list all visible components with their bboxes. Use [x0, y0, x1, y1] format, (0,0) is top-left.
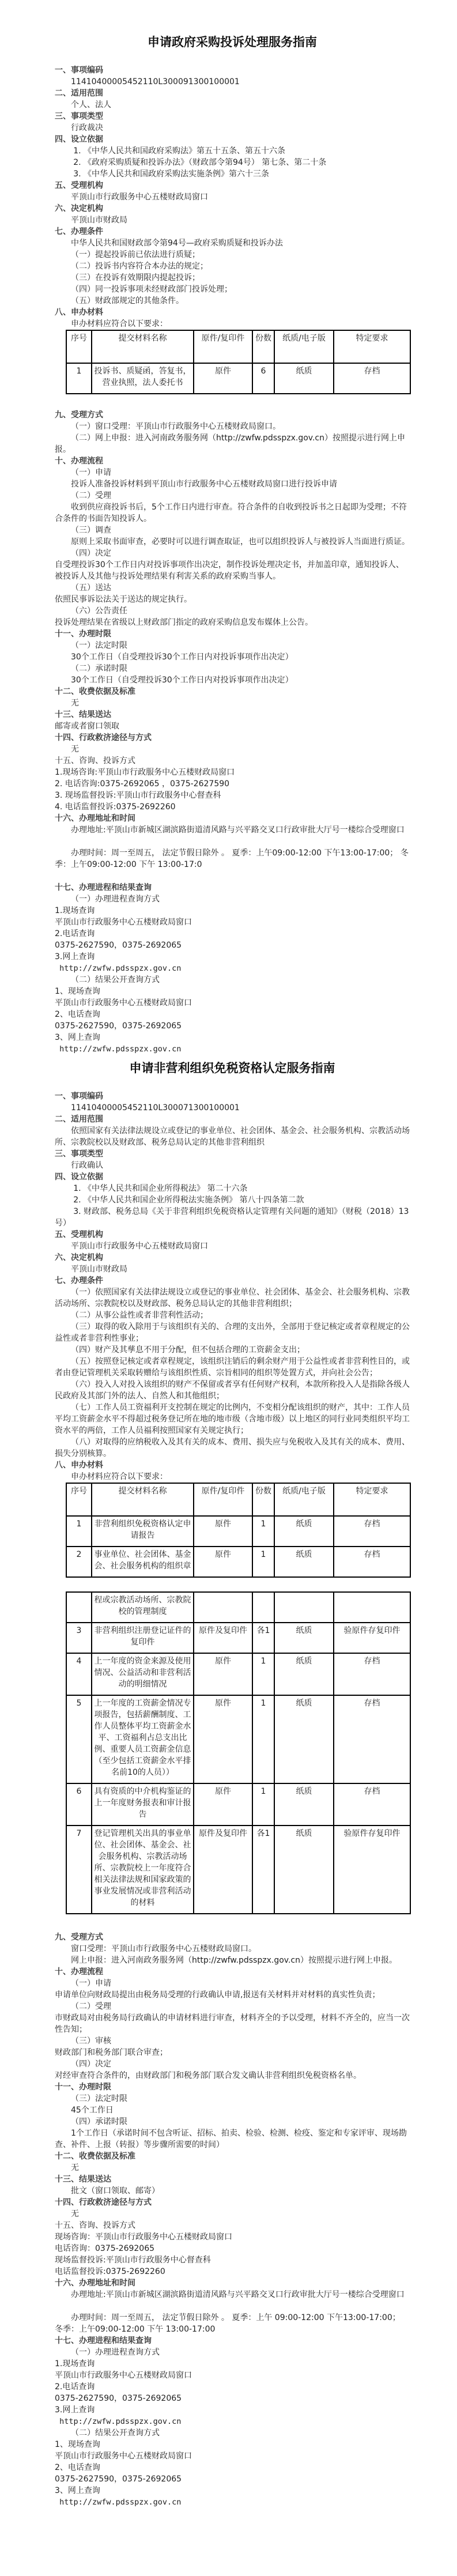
table-cell: 存档: [334, 1516, 410, 1547]
text-line: 个人、法人: [55, 99, 410, 111]
text-line: 行政确认: [55, 1160, 410, 1171]
table-cell: 具有资质的中介机构鉴证的上一年度财务报表和审计报告: [92, 1783, 194, 1826]
text-line: 平顶山市行政服务中心五楼财政局窗口: [55, 997, 410, 1009]
table-cell: [66, 1592, 92, 1623]
table-row: 3非营利组织注册登记证件的复印件原件及复印件各1纸质验原件存复印件: [66, 1623, 410, 1653]
table-cell: 6: [252, 363, 274, 394]
text-line: 1. 《中华人民共和国政府采购法》第五十五条、第五十六条: [55, 145, 410, 157]
table-cell: 1: [252, 1547, 274, 1577]
table-header-row: 序号提交材料名称原件/复印件份数纸质/电子版特定要求: [66, 1483, 410, 1516]
table-cell: 原件: [194, 1695, 252, 1783]
text-line: （四）财产及其孳息不用于分配，但不包括合理的工资薪金支出；: [55, 1344, 410, 1356]
text-line: 平顶山市行政服务中心五楼财政局窗口: [55, 1240, 410, 1252]
text-line: 3. 财政部、税务总局《关于非营利组织免税资格认定管理有关问题的通知》（财税（2…: [55, 1206, 410, 1229]
text-line: 申请单位向财政局提出由税务局受理的行政确认申请,报送有关材料并对材料的真实性负责…: [55, 1989, 410, 2001]
table-header-cell: 纸质/电子版: [274, 1483, 334, 1516]
url-text: http://zwfw.pdsspzx.gov.cn: [55, 1043, 410, 1055]
text-line: 平顶山市行政服务中心五楼财政局窗口: [55, 191, 410, 203]
text-line: （四）决定: [55, 2058, 410, 2070]
text-line: （八）对取得的应纳税收入及其有关的成本、费用、损失应与免税收入及其有关的成本、费…: [55, 1436, 410, 1459]
section-heading: 一、事项编码: [55, 65, 410, 76]
section-heading: 七、办理条件: [55, 226, 410, 237]
text-line: 1、现场查询: [55, 2439, 410, 2450]
text-line: （一）申请: [55, 1978, 410, 1989]
table-cell: 验原件存复印件: [334, 1826, 410, 1914]
table-cell: 纸质: [274, 1516, 334, 1547]
section-heading: 十一、办理时限: [55, 2081, 410, 2093]
section-heading: 四、设立依据: [55, 134, 410, 145]
table-cell: 存档: [334, 1547, 410, 1577]
text-line: 办理地址:平顶山市新城区湖滨路街道清风路与兴平路交叉口行政审批大厅号一楼综合受理…: [55, 824, 410, 836]
text-line: 0375-2627590，0375-2692065: [55, 1020, 410, 1032]
table-cell: 存档: [334, 1783, 410, 1826]
text-line: 原则上采取书面审查，必要时可以进行调查取证，也可以组织投诉人与被投诉人当面进行质…: [55, 536, 410, 548]
text-line: （一）申请: [55, 467, 410, 478]
section-heading: 八、申办材料: [55, 307, 410, 318]
section-heading: 十七、办理进程和结果查询: [55, 2335, 410, 2347]
text-line: （一）法定时限: [55, 640, 410, 651]
text-line: （四）决定: [55, 548, 410, 559]
text-line: 0375-2627590，0375-2692065: [55, 2473, 410, 2485]
text-line: 1、现场查询: [55, 986, 410, 997]
text-line: （三）取得的收入除用于与该组织有关的、合理的支出外，全部用于登记核定或者章程规定…: [55, 1321, 410, 1344]
table-cell: 原件: [194, 1783, 252, 1826]
text-line: 批文（窗口领取、邮寄）: [55, 2185, 410, 2197]
table-cell: 存档: [334, 363, 410, 394]
text-line: 45个工作日: [55, 2104, 410, 2116]
table-cell: 1: [252, 1653, 274, 1695]
section-heading: 三、事项类型: [55, 1148, 410, 1160]
text-line: （一）窗口受理：平顶山市行政服务中心五楼财政局窗口。: [55, 421, 410, 432]
table-cell: 各1: [252, 1623, 274, 1653]
table-cell: 1: [66, 1516, 92, 1547]
table-cell: 纸质: [274, 1826, 334, 1914]
section-heading: 十六、办理地址和时间: [55, 2277, 410, 2289]
section-heading: 十三、结果送达: [55, 709, 410, 721]
document-root: 申请政府采购投诉处理服务指南一、事项编码11410400005452110L30…: [55, 33, 410, 2508]
text-line: （一）办理进程查询方式: [55, 2347, 410, 2358]
table-cell: 上一年度的工资薪金情况专项报告，包括薪酬制度、工作人员整体平均工资薪金水平、工资…: [92, 1695, 194, 1783]
text-line: （三）调查: [55, 525, 410, 536]
table-cell: 非营利组织注册登记证件的复印件: [92, 1623, 194, 1653]
section-heading: 十三、结果送达: [55, 2174, 410, 2185]
section-heading: 八、申办材料: [55, 1459, 410, 1471]
text-line: 2、电话查询: [55, 1009, 410, 1020]
table-cell: 各1: [252, 1826, 274, 1914]
section-heading: 九、受理方式: [55, 1932, 410, 1943]
text-line: 0375-2627590，0375-2692065: [55, 2393, 410, 2404]
text-line: 财政部门和税务部门联合审查；: [55, 2047, 410, 2058]
url-text: http://zwfw.pdsspzx.gov.cn: [55, 2416, 410, 2427]
materials-table: 序号提交材料名称原件/复印件份数纸质/电子版特定要求1投诉书、质疑函，答复书，营…: [55, 330, 410, 394]
section-heading: 十五、咨询、投诉方式: [55, 2220, 410, 2231]
text-line: （六）投入人对投入该组织的财产不保留或者享有任何财产权利，本款所称投入人是指除各…: [55, 1379, 410, 1402]
text-line: （二）受理: [55, 2001, 410, 2012]
table-cell: 原件及复印件: [194, 1826, 252, 1914]
text-line: 电话咨询：0375-2692065: [55, 2243, 410, 2254]
text-line: 办理地址:平顶山市新城区湖滨路街道清风路与兴平路交叉口行政审批大厅号一楼综合受理…: [55, 2289, 410, 2300]
table-row: 7登记管理机关出具的事业单位、社会团体、基金会、社会服务机构、宗教活动场所、宗教…: [66, 1826, 410, 1914]
table-cell: [252, 1592, 274, 1623]
text-line: 平顶山市行政服务中心五楼财政局窗口: [55, 2370, 410, 2381]
text-line: 无: [55, 744, 410, 755]
section-heading: 五、受理机构: [55, 180, 410, 191]
text-line: 1.现场咨询:平顶山市行政服务中心五楼财政局窗口: [55, 767, 410, 778]
document-1: 申请政府采购投诉处理服务指南一、事项编码11410400005452110L30…: [55, 33, 410, 1055]
text-line: 申办材料应符合以下要求：: [55, 318, 410, 330]
text-line: 2. 电话咨询:0375-2692065 ，0375-2627590: [55, 778, 410, 790]
table-cell: 非营利组织免税资格认定申请报告: [92, 1516, 194, 1547]
text-line: 平顶山市财政局: [55, 1264, 410, 1275]
text-line: 2. 《政府采购质疑和投诉办法》（财政部令第94号） 第七条、第二十条: [55, 157, 410, 168]
text-line: （七）工作人员工资福利开支控制在规定的比例内，不变相分配该组织的财产，其中：工作…: [55, 1402, 410, 1436]
table-row: 1投诉书、质疑函，答复书，营业执照，法人委托书原件6纸质存档: [66, 363, 410, 394]
table-row: 程或宗教活动场所、宗教院校的管理制度: [66, 1592, 410, 1623]
text-line: （一）依照国家有关法律法规设立或登记的事业单位、社会团体、基金会、社会服务机构、…: [55, 1287, 410, 1310]
table-cell: 纸质: [274, 1783, 334, 1826]
text-line: 收到供应商投诉书后，5个工作日内进行审查。符合条件的自收到投诉书之日起即为受理；…: [55, 501, 410, 525]
table-cell: 原件: [194, 1653, 252, 1695]
text-line: 现场监督投诉:平顶山市行政服务中心督查科: [55, 2254, 410, 2266]
table-cell: [334, 1592, 410, 1623]
table-cell: 原件: [194, 363, 252, 394]
text-line: 网上申报：进入河南政务服务网（http://zwfw.pdsspzx.gov.c…: [55, 1955, 410, 1966]
url-text: http://zwfw.pdsspzx.gov.cn: [55, 963, 410, 974]
section-heading: 五、受理机构: [55, 1229, 410, 1240]
document-title: 申请非营利组织免税资格认定服务指南: [55, 1059, 410, 1077]
text-line: 2.电话查询: [55, 2381, 410, 2393]
section-heading: 十四、行政救济途径与方式: [55, 2197, 410, 2208]
text-line: 1个工作日（承诺时间不包含听证、招标、拍卖、检验、检测、检疫、鉴定和专家评审、现…: [55, 2128, 410, 2151]
text-line: 办理时间：周一至周五， 法定节假日除外 。 夏季：上午 09:00-12:00 …: [55, 2312, 410, 2335]
url-text: http://zwfw.pdsspzx.gov.cn: [55, 2496, 410, 2508]
text-line: （五）按照登记核定或者章程规定，该组织注销后的剩余财产用于公益性或者非营利性目的…: [55, 1356, 410, 1379]
text-line: 30个工作日（自受理投诉30个工作日内对投诉事项作出决定）: [55, 674, 410, 686]
table-cell: 原件: [194, 1516, 252, 1547]
table-cell: 原件及复印件: [194, 1623, 252, 1653]
text-line: （二）结果公开查询方式: [55, 974, 410, 986]
text-line: （三）法定时限: [55, 2093, 410, 2104]
table-header-cell: 纸质/电子版: [274, 330, 334, 363]
section-heading: 九、受理方式: [55, 409, 410, 421]
table-row: 2事业单位、社会团体、基金会、社会服务机构的组织章原件1纸质存档: [66, 1547, 410, 1577]
text-line: 平顶山市行政服务中心五楼财政局窗口: [55, 2450, 410, 2462]
materials-table-segment: 程或宗教活动场所、宗教院校的管理制度3非营利组织注册登记证件的复印件原件及复印件…: [66, 1591, 411, 1914]
text-line: 2.电话查询: [55, 928, 410, 940]
table-cell: 投诉书、质疑函，答复书，营业执照，法人委托书: [92, 363, 194, 394]
table-cell: [194, 1592, 252, 1623]
section-heading: 十、办理流程: [55, 1966, 410, 1978]
text-line: 11410400005452110L300071300100001: [55, 1102, 410, 1114]
text-line: （一）办理进程查询方式: [55, 893, 410, 905]
section-heading: 四、设立依据: [55, 1171, 410, 1183]
table-row: 1非营利组织免税资格认定申请报告原件1纸质存档: [66, 1516, 410, 1547]
table-row: 6具有资质的中介机构鉴证的上一年度财务报表和审计报告原件1纸质存档: [66, 1783, 410, 1826]
text-line: 投诉处理结果在省级以上财政部门指定的政府采购信息发布媒体上公告。: [55, 617, 410, 628]
spacer: [55, 1914, 410, 1932]
section-heading: 三、事项类型: [55, 111, 410, 122]
table-header-cell: 特定要求: [334, 1483, 410, 1516]
section-heading: 十四、行政救济途径与方式: [55, 732, 410, 744]
text-line: （四）承诺时限: [55, 2116, 410, 2128]
text-line: 30个工作日（自受理投诉30个工作日内对投诉事项作出决定）: [55, 651, 410, 663]
table-cell: [274, 1592, 334, 1623]
text-line: 行政裁决: [55, 122, 410, 134]
text-line: 办理时间：周一至周五， 法定节假日除外 。 夏季：上午09:00-12:00 下…: [55, 847, 410, 870]
table-cell: 6: [66, 1783, 92, 1826]
table-cell: 原件: [194, 1547, 252, 1577]
table-cell: 1: [66, 363, 92, 394]
text-line: （六）公告责任: [55, 605, 410, 617]
materials-table-segment: 序号提交材料名称原件/复印件份数纸质/电子版特定要求1非营利组织免税资格认定申请…: [66, 1483, 411, 1578]
text-line: 11410400005452110L300091300100001: [55, 76, 410, 88]
text-line: 无: [55, 2208, 410, 2220]
section-heading: 六、决定机构: [55, 203, 410, 214]
section-heading: 十、办理流程: [55, 455, 410, 467]
text-line: （五）财政部规定的其他条件。: [55, 295, 410, 307]
table-cell: 上一年度的资金来源及使用情况、公益活动和非营利活动的明细情况: [92, 1653, 194, 1695]
text-line: 平顶山市行政服务中心五楼财政局窗口: [55, 917, 410, 928]
text-line: （三）在投诉有效期限内提起投诉；: [55, 272, 410, 284]
table-cell: 登记管理机关出具的事业单位、社会团体、基金会、社会服务机构、宗教活动场所、宗教院…: [92, 1826, 194, 1914]
table-cell: 程或宗教活动场所、宗教院校的管理制度: [92, 1592, 194, 1623]
table-cell: 纸质: [274, 363, 334, 394]
section-heading: 十六、办理地址和时间: [55, 813, 410, 824]
table-header-cell: 特定要求: [334, 330, 410, 363]
table-cell: 5: [66, 1695, 92, 1783]
table-row: 5上一年度的工资薪金情况专项报告，包括薪酬制度、工作人员整体平均工资薪金水平、工…: [66, 1695, 410, 1783]
table-header-cell: 提交材料名称: [92, 1483, 194, 1516]
table-cell: 7: [66, 1826, 92, 1914]
text-line: 窗口受理：平顶山市行政服务中心五楼财政局窗口。: [55, 1943, 410, 1955]
text-line: 3.网上查询: [55, 951, 410, 963]
section-heading: 十二、收费依据及标准: [55, 686, 410, 697]
table-cell: 4: [66, 1653, 92, 1695]
text-line: （一）提起投诉前已依法进行质疑；: [55, 249, 410, 261]
table-cell: 存档: [334, 1653, 410, 1695]
section-heading: 十二、收费依据及标准: [55, 2151, 410, 2162]
text-line: 对经审查符合条件的，由财政部门和税务部门联合发文确认非营利组织免税资格名单。: [55, 2070, 410, 2081]
text-line: 3、网上查询: [55, 1032, 410, 1043]
table-cell: 3: [66, 1623, 92, 1653]
section-heading: 二、适用范围: [55, 1114, 410, 1125]
section-heading: 十一、办理时限: [55, 628, 410, 640]
materials-table-segment: 序号提交材料名称原件/复印件份数纸质/电子版特定要求1投诉书、质疑函，答复书，营…: [66, 330, 411, 394]
table-cell: 纸质: [274, 1653, 334, 1695]
text-line: 1.现场查询: [55, 905, 410, 917]
table-header-cell: 份数: [252, 330, 274, 363]
text-line: （五）送达: [55, 582, 410, 594]
text-line: （三）审核: [55, 2035, 410, 2047]
text-line: 邮寄或者窗口领取: [55, 721, 410, 732]
table-cell: 1: [252, 1783, 274, 1826]
text-line: 投诉人准备投诉材料到平顶山市行政服务中心五楼财政局窗口进行投诉申请: [55, 478, 410, 490]
text-line: （二）结果公开查询方式: [55, 2427, 410, 2439]
text-line: （二）承诺时限: [55, 663, 410, 674]
document-title: 申请政府采购投诉处理服务指南: [55, 33, 410, 51]
table-header-cell: 原件/复印件: [194, 1483, 252, 1516]
table-cell: 纸质: [274, 1623, 334, 1653]
table-header-cell: 原件/复印件: [194, 330, 252, 363]
section-heading: 一、事项编码: [55, 1091, 410, 1102]
text-line: 0375-2627590，0375-2692065: [55, 940, 410, 951]
text-line: 申办材料应符合以下要求：: [55, 1471, 410, 1483]
text-line: 1. 《中华人民共和国企业所得税法》 第二十六条: [55, 1183, 410, 1194]
section-heading: 七、办理条件: [55, 1275, 410, 1287]
text-line: 电话监督投诉:0375-2692260: [55, 2266, 410, 2277]
table-header-cell: 序号: [66, 1483, 92, 1516]
text-line: 自受理投诉30个工作日内对投诉事项作出决定，制作投诉处理决定书，并加盖印章，通知…: [55, 559, 410, 582]
text-line: 市财政局对由税务局行政确认的申请材料进行审查，材料齐全的予以受理，材料不齐全的，…: [55, 2012, 410, 2035]
section-heading: 十五、咨询、投诉方式: [55, 755, 410, 767]
text-line: （二）受理: [55, 490, 410, 501]
table-cell: 验原件存复印件: [334, 1623, 410, 1653]
text-line: 3. 现场监督投诉:平顶山市行政服务中心督查科: [55, 790, 410, 801]
table-cell: 2: [66, 1547, 92, 1577]
table-cell: 纸质: [274, 1695, 334, 1783]
table-header-cell: 序号: [66, 330, 92, 363]
table-cell: 存档: [334, 1695, 410, 1783]
spacer: [55, 870, 410, 882]
document-2: 申请非营利组织免税资格认定服务指南一、事项编码11410400005452110…: [55, 1059, 410, 2508]
spacer: [55, 2300, 410, 2312]
spacer: [55, 394, 410, 409]
table-cell: 事业单位、社会团体、基金会、社会服务机构的组织章: [92, 1547, 194, 1577]
text-line: 3. 《中华人民共和国政府采购法实施条例》第六十三条: [55, 168, 410, 180]
section-heading: 十七、办理进程和结果查询: [55, 882, 410, 893]
table-cell: 1: [252, 1695, 274, 1783]
text-line: （二）网上申报：进入河南政务服务网（http://zwfw.pdsspzx.go…: [55, 432, 410, 455]
text-line: 2、电话查询: [55, 2462, 410, 2473]
text-line: 无: [55, 697, 410, 709]
text-line: 中华人民共和国财政部令第94号—政府采购质疑和投诉办法: [55, 237, 410, 249]
table-cell: 1: [252, 1516, 274, 1547]
text-line: 4. 电话监督投诉:0375-2692260: [55, 801, 410, 813]
table-header-cell: 提交材料名称: [92, 330, 194, 363]
spacer: [55, 836, 410, 847]
table-row: 4上一年度的资金来源及使用情况、公益活动和非营利活动的明细情况原件1纸质存档: [66, 1653, 410, 1695]
page: 申请政府采购投诉处理服务指南一、事项编码11410400005452110L30…: [0, 0, 457, 2508]
section-heading: 二、适用范围: [55, 88, 410, 99]
text-line: 现场咨询：平顶山市行政服务中心五楼财政局窗口: [55, 2231, 410, 2243]
text-line: 1.现场查询: [55, 2358, 410, 2370]
section-heading: 六、决定机构: [55, 1252, 410, 1264]
text-line: （四）同一投诉事项未经财政部门投诉处理；: [55, 284, 410, 295]
text-line: 依照民事诉讼法关于送达的规定执行。: [55, 594, 410, 605]
text-line: （二）投诉书内容符合本办法的规定；: [55, 261, 410, 272]
materials-table: 序号提交材料名称原件/复印件份数纸质/电子版特定要求1非营利组织免税资格认定申请…: [55, 1483, 410, 1914]
text-line: 2. 《中华人民共和国企业所得税法实施条例》 第八十四条第二款: [55, 1194, 410, 1206]
text-line: （二）从事公益性或者非营利性活动；: [55, 1310, 410, 1321]
text-line: 3、网上查询: [55, 2485, 410, 2496]
table-header-row: 序号提交材料名称原件/复印件份数纸质/电子版特定要求: [66, 330, 410, 363]
table-cell: 纸质: [274, 1547, 334, 1577]
text-line: 无: [55, 2162, 410, 2174]
table-header-cell: 份数: [252, 1483, 274, 1516]
text-line: 平顶山市财政局: [55, 214, 410, 226]
text-line: 3.网上查询: [55, 2404, 410, 2416]
text-line: 依照国家有关法律法规设立或登记的事业单位、社会团体、基金会、社会服务机构、宗教活…: [55, 1125, 410, 1148]
